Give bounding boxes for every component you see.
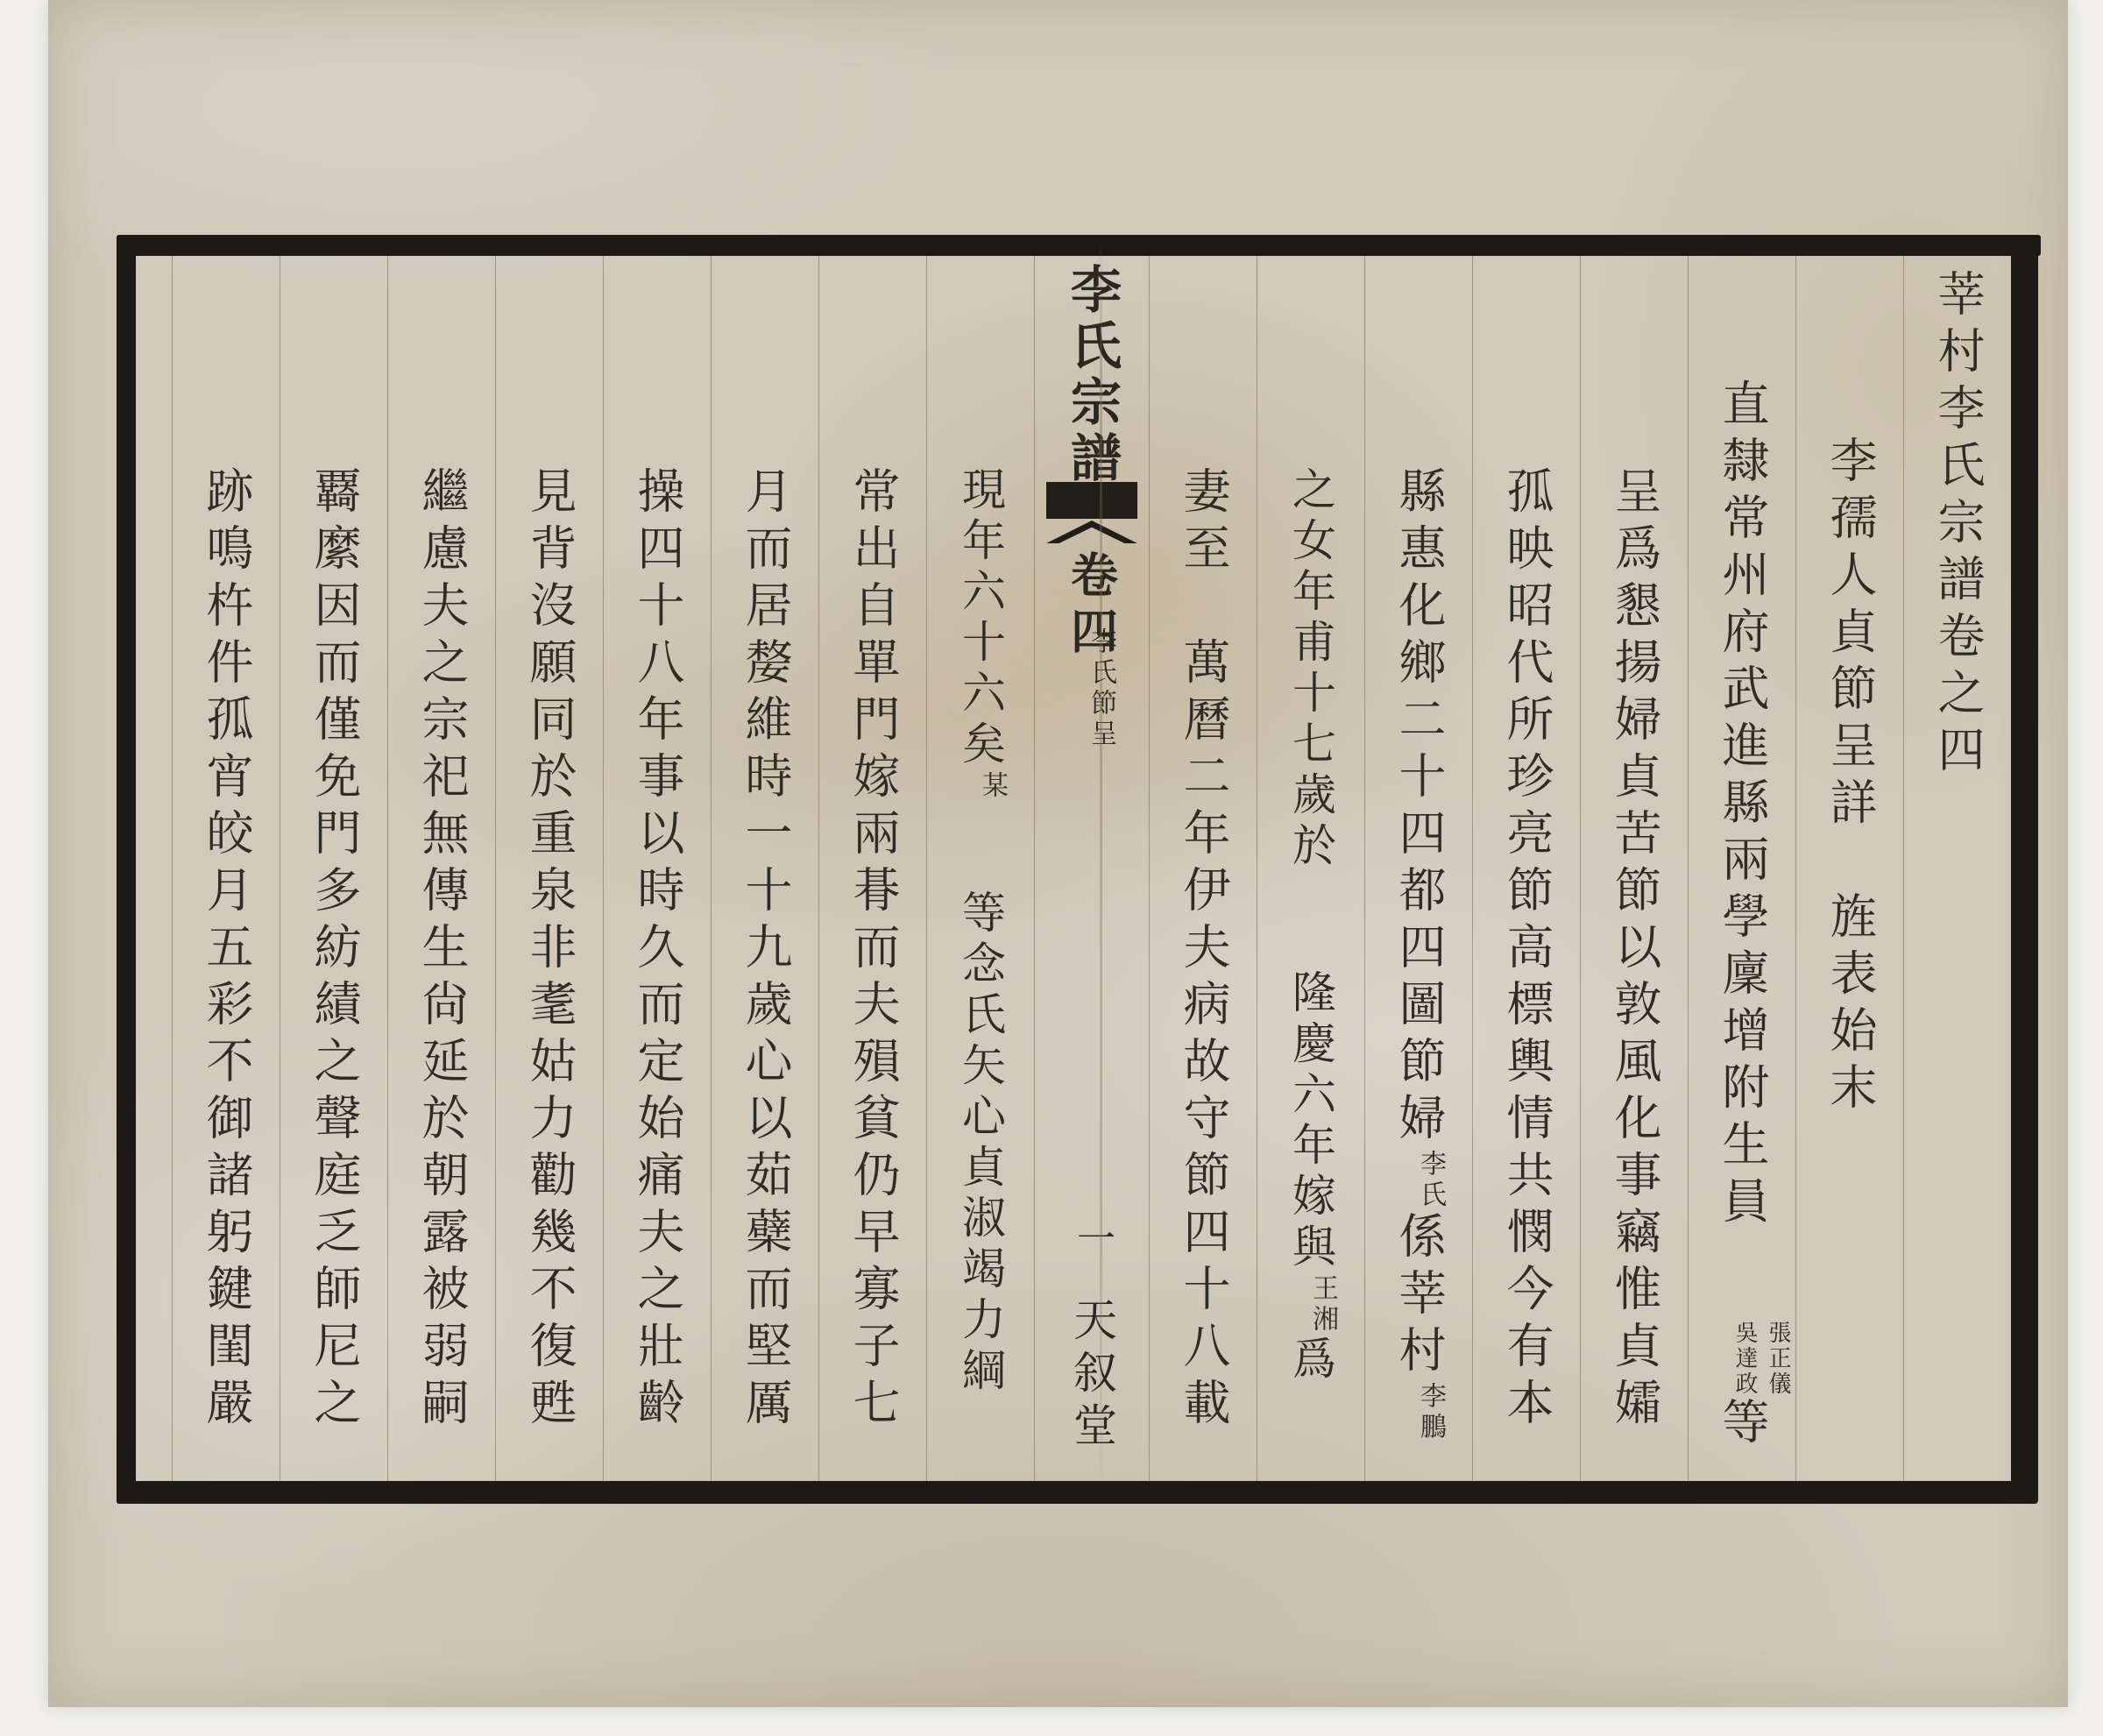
column-text: 等	[1715, 1397, 1770, 1454]
small-annotation-text: 李氏	[1415, 1150, 1446, 1211]
column-text: 等念氏矢心貞淑竭力綱	[955, 889, 1006, 1398]
column-text: 李孺人貞節呈詳	[1823, 436, 1878, 834]
fishtail-ornament	[1046, 482, 1137, 519]
small-annotation-text: 某	[977, 771, 1008, 802]
column-text: 跡鳴杵件孤宵皎月五彩不御諸躬鍵閨嚴	[199, 466, 254, 1435]
column-text: 孤映昭代所珍亮節高標輿情共憫今有本	[1499, 466, 1554, 1435]
scanned-genealogy-page: 莘村李氏宗譜卷之四李孺人貞節呈詳旌表始末直隸常州府武進縣兩學廩增附生員張正儀吳達…	[48, 0, 2068, 1707]
text-column: 孤映昭代所珍亮節高標輿情共憫今有本	[1472, 256, 1580, 1481]
frame-top-border	[117, 235, 2041, 256]
text-column: 妻至萬曆二年伊夫病故守節四十八載	[1149, 256, 1257, 1481]
column-text: 莘村李氏宗譜卷之四	[1930, 269, 1986, 782]
column-text: 萬曆二年伊夫病故守節四十八載	[1176, 637, 1231, 1435]
spine-book-title: 李氏宗譜	[1055, 263, 1129, 487]
text-column: 現年六十六矣某等念氏矢心貞淑竭力綱	[926, 256, 1034, 1481]
text-column: 覉縻因而僅免門多紡績之聲庭乏師尼之	[280, 256, 387, 1481]
text-column: 常出自單門嫁兩朞而夫殞貧仍早寡子七	[818, 256, 926, 1481]
column-text: 常出自單門嫁兩朞而夫殞貧仍早寡子七	[846, 466, 901, 1435]
column-text: 旌表始末	[1823, 891, 1878, 1119]
page-content: 莘村李氏宗譜卷之四李孺人貞節呈詳旌表始末直隸常州府武進縣兩學廩增附生員張正儀吳達…	[136, 256, 2011, 1481]
small-annotation-text: 王湘	[1307, 1274, 1338, 1336]
column-text: 妻至	[1176, 466, 1231, 580]
petitioner-name: 張正儀	[1765, 1321, 1791, 1397]
column-text: 直隸常州府武進縣兩學廩增附生員	[1715, 379, 1770, 1233]
text-column: 縣惠化鄉二十四都四圖節婦李氏係莘村李鵬	[1364, 256, 1472, 1481]
text-column: 之女年甫十七歲於隆慶六年嫁與王湘爲	[1257, 256, 1364, 1481]
spine-section-label: 李氏節呈	[1081, 627, 1120, 750]
column-text: 之女年甫十七歲於	[1285, 466, 1336, 873]
text-column: 月而居嫠維時一十九歲心以茹蘗而堅厲	[711, 256, 818, 1481]
text-column: 莘村李氏宗譜卷之四	[1903, 256, 2011, 1481]
text-column: 直隸常州府武進縣兩學廩增附生員張正儀吳達政等	[1688, 256, 1795, 1481]
spine-hall-name: 天叙堂	[1060, 1297, 1123, 1455]
left-margin-column	[122, 256, 172, 1481]
spine-page-number: 一	[1064, 1218, 1120, 1257]
column-text: 月而居嫠維時一十九歲心以茹蘗而堅厲	[738, 466, 793, 1435]
column-text: 覉縻因而僅免門多紡績之聲庭乏師尼之	[307, 466, 362, 1435]
text-column: 見背沒願同於重泉非耄姑力勸幾不復甦	[495, 256, 603, 1481]
text-column: 繼慮夫之宗祀無傳生尙延於朝露被弱嗣	[387, 256, 495, 1481]
column-text: 見背沒願同於重泉非耄姑力勸幾不復甦	[522, 466, 577, 1435]
text-column: 跡鳴杵件孤宵皎月五彩不御諸躬鍵閨嚴	[172, 256, 280, 1481]
text-column: 操四十八年事以時久而定始痛夫之壯齡	[603, 256, 711, 1481]
spine-foldline: 李氏宗譜 卷四 李氏節呈 一 天叙堂	[1034, 256, 1149, 1481]
column-text: 爲	[1285, 1336, 1336, 1386]
small-annotation-text: 李鵬	[1415, 1382, 1446, 1443]
text-column: 呈爲懇揚婦貞苦節以敦風化事竊惟貞孀	[1580, 256, 1688, 1481]
column-text: 隆慶六年嫁與	[1285, 969, 1336, 1274]
petitioner-name: 吳達政	[1731, 1321, 1758, 1397]
frame-bottom-border	[117, 1481, 2037, 1504]
text-column: 李孺人貞節呈詳旌表始末	[1795, 256, 1903, 1481]
column-text: 縣惠化鄉二十四都四圖節婦	[1391, 466, 1447, 1150]
petitioner-name-pair: 張正儀吳達政	[1731, 1321, 1791, 1397]
column-text: 操四十八年事以時久而定始痛夫之壯齡	[630, 466, 685, 1435]
column-text: 繼慮夫之宗祀無傳生尙延於朝露被弱嗣	[414, 466, 470, 1435]
frame-right-border	[2011, 244, 2038, 1504]
column-text: 現年六十六矣	[955, 466, 1006, 771]
column-text: 係莘村	[1391, 1211, 1447, 1382]
column-text: 呈爲懇揚婦貞苦節以敦風化事竊惟貞孀	[1607, 466, 1662, 1435]
